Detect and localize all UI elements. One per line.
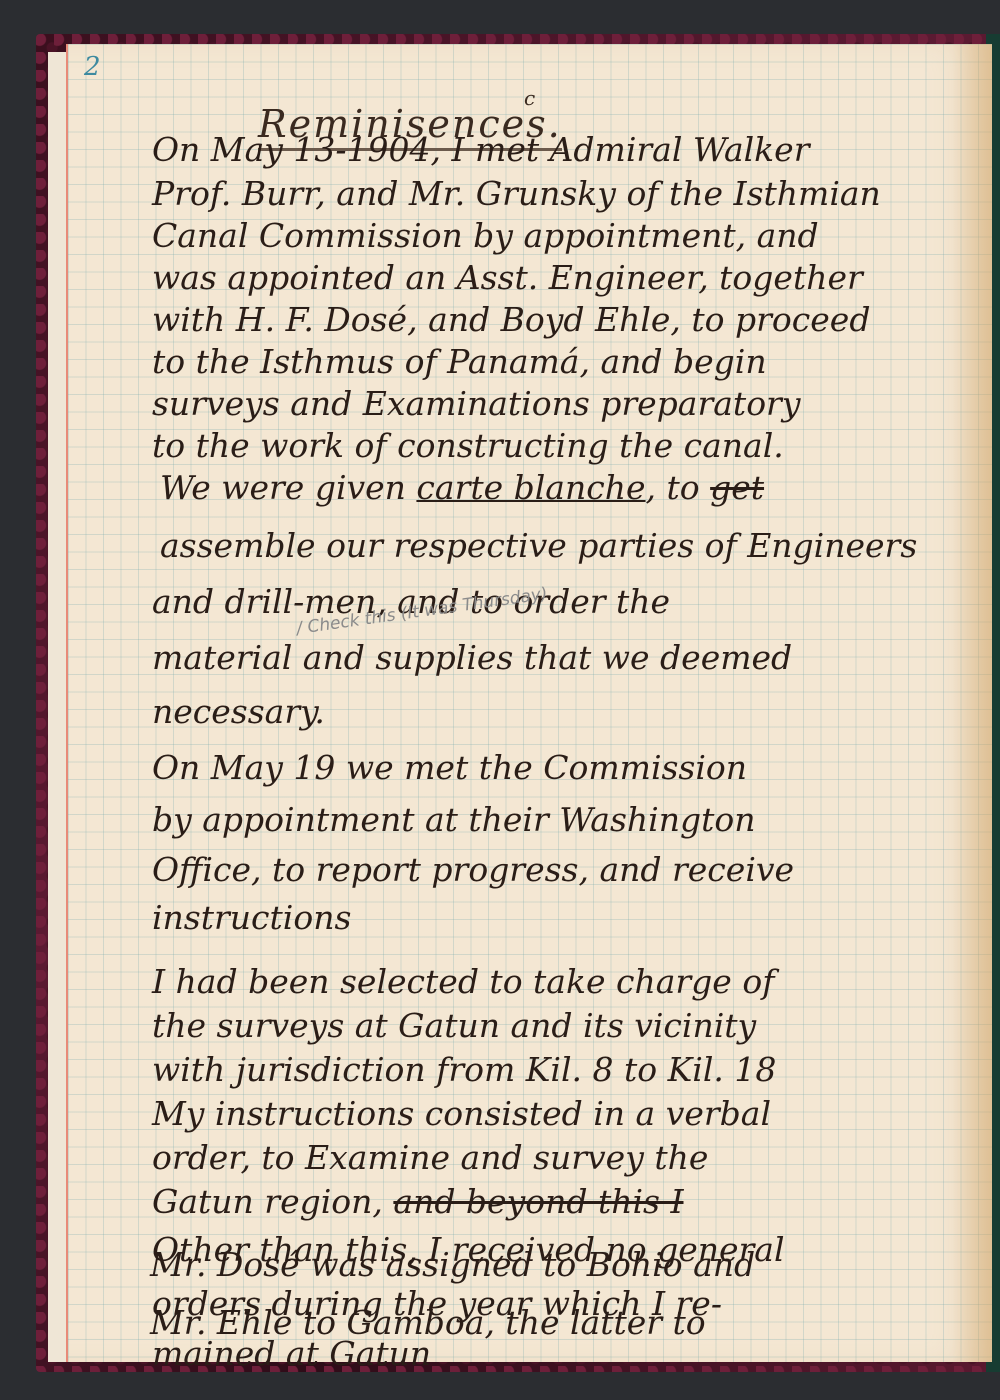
text-line: My instructions consisted in a verbal <box>152 1094 771 1133</box>
text-line: instructions <box>152 898 351 937</box>
text-line: to the Isthmus of Panamá, and begin <box>152 342 767 381</box>
page-number: 2 <box>84 52 101 82</box>
text-line: Prof. Burr, and Mr. Grunsky of the Isthm… <box>152 174 881 213</box>
text-line: We were given carte blanche, to get <box>160 468 764 507</box>
text-line: was appointed an Asst. Engineer, togethe… <box>152 258 863 297</box>
text-line: material and supplies that we deemed <box>152 638 792 677</box>
page-edge-stain <box>952 44 992 1362</box>
text-line: the surveys at Gatun and its vicinity <box>152 1006 756 1045</box>
struck-word: get <box>710 468 764 507</box>
text-line: On May 19 we met the Commission <box>152 748 747 787</box>
text-line: assemble our respective parties of Engin… <box>160 526 917 565</box>
text-segment: We were given <box>160 468 416 507</box>
text-line: with jurisdiction from Kil. 8 to Kil. 18 <box>152 1050 776 1089</box>
notebook-page: 2 c Reminisences. On May 13-1904, I met … <box>66 44 992 1362</box>
text-line: Mr. Ehle to Gamboa, the latter to <box>150 1303 706 1342</box>
text-line: Canal Commission by appointment, and <box>152 216 819 255</box>
text-line: by appointment at their Washington <box>152 800 755 839</box>
text-segment: Gatun region, <box>152 1182 393 1221</box>
text-line: to the work of constructing the canal. <box>152 426 784 465</box>
text-line: On May 13-1904, I met Admiral Walker <box>152 130 809 169</box>
text-line: Office, to report progress, and receive <box>152 850 794 889</box>
underlined-phrase: carte blanche <box>416 468 645 507</box>
text-line: with H. F. Dosé, and Boyd Ehle, to proce… <box>152 300 870 339</box>
struck-phrase: and beyond this I <box>393 1182 683 1221</box>
text-line: Gatun region, and beyond this I <box>152 1182 684 1221</box>
text-line: order, to Examine and survey the <box>152 1138 708 1177</box>
text-line: Mr. Dosé was assigned to Bohio and <box>150 1245 755 1284</box>
text-line: surveys and Examinations preparatory <box>152 384 800 423</box>
text-line: necessary. <box>152 692 325 731</box>
text-line: I had been selected to take charge of <box>152 962 774 1001</box>
text-segment: , to <box>646 468 711 507</box>
